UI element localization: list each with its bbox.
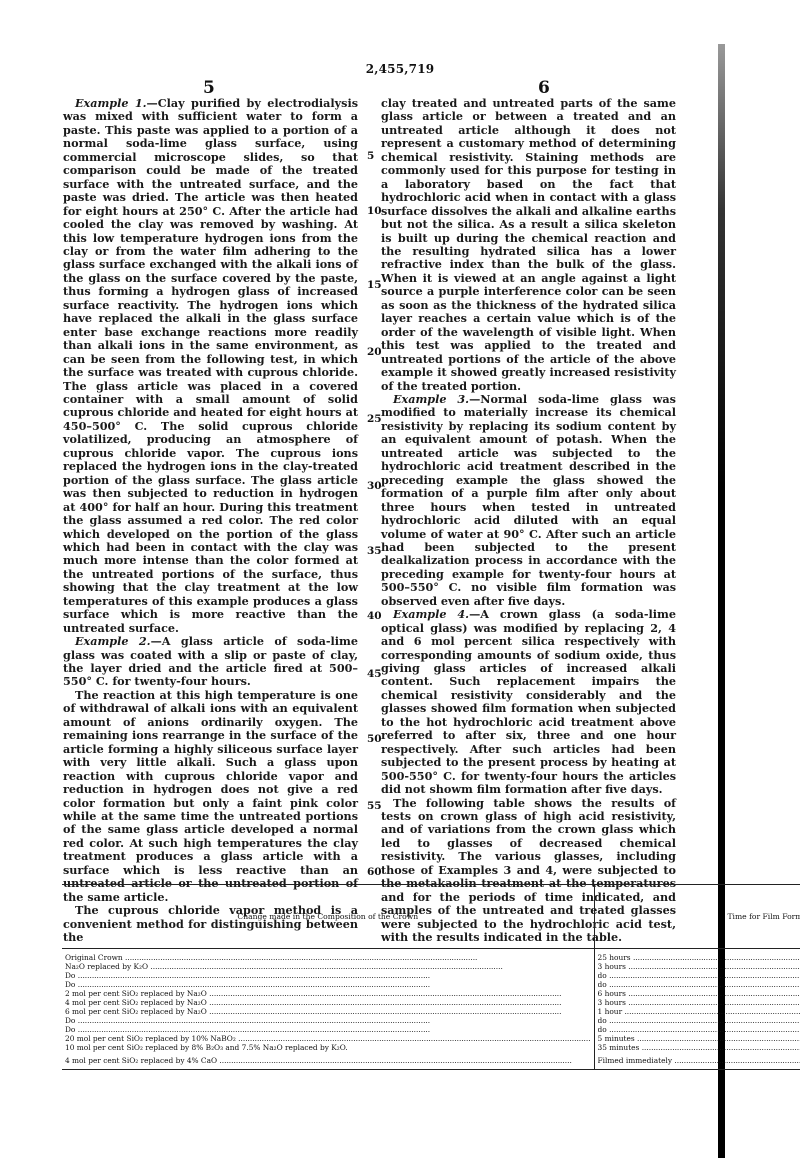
paragraph: Example 1.—Clay purified by electrodialy… xyxy=(63,97,358,635)
table-row: 20 mol per cent SiO₂ replaced by 10% NaB… xyxy=(62,1034,800,1043)
paragraph: The reaction at this high temperature is… xyxy=(63,689,358,904)
paragraph-text: —Clay purified by electrodialysis was mi… xyxy=(63,96,358,635)
cell-composition: Na₂O replaced by K₂O xyxy=(62,962,594,971)
cell-composition: Do xyxy=(62,971,594,980)
cell-untreated-time: 6 hours xyxy=(594,989,800,998)
cell-composition: Original Crown xyxy=(62,949,594,963)
cell-untreated-time: do xyxy=(594,1016,800,1025)
line-number: 45 xyxy=(367,668,382,680)
cell-composition: Do xyxy=(62,980,594,989)
cell-composition: 2 mol per cent SiO₂ replaced by Na₂O xyxy=(62,989,594,998)
line-number: 40 xyxy=(367,610,382,622)
cell-untreated-time-text: 5 minutes xyxy=(598,1034,800,1043)
table-row: Na₂O replaced by K₂O3 hours24500Do. xyxy=(62,962,800,971)
cell-untreated-time: Filmed immediately xyxy=(594,1052,800,1070)
cell-composition-text: 4 mol per cent SiO₂ replaced by 4% CaO xyxy=(65,1056,591,1065)
table-row: 4 mol per cent SiO₂ replaced by 4% CaOFi… xyxy=(62,1052,800,1070)
cell-untreated-time: 1 hour xyxy=(594,1007,800,1016)
line-number: 50 xyxy=(367,733,382,745)
paragraph-text: —Normal soda-lime glass was modified to … xyxy=(381,392,676,608)
cell-untreated-time-text: do xyxy=(598,971,800,980)
cell-untreated-time-text: do xyxy=(598,1016,800,1025)
cell-untreated-time-text: 25 hours xyxy=(598,953,800,962)
line-number: 30 xyxy=(367,480,382,492)
line-number: 35 xyxy=(367,545,382,557)
cell-composition-text: Na₂O replaced by K₂O xyxy=(65,962,591,971)
results-table: Change made in the Composition of the Cr… xyxy=(62,884,800,1070)
line-number: 20 xyxy=(367,346,382,358)
cell-composition: Do xyxy=(62,1016,594,1025)
paragraph-text: clay treated and untreated parts of the … xyxy=(381,96,676,393)
paragraph: Example 4.—A crown glass (a soda-lime op… xyxy=(381,608,676,796)
cell-untreated-time: 25 hours xyxy=(594,949,800,963)
cell-composition: 4 mol per cent SiO₂ replaced by 4% CaO xyxy=(62,1052,594,1070)
table-row: Dodo½400positive after 5 days. xyxy=(62,980,800,989)
cell-composition-text: 2 mol per cent SiO₂ replaced by Na₂O xyxy=(65,989,591,998)
cell-composition: 10 mol per cent SiO₂ replaced by 8% B₂O₃… xyxy=(62,1043,594,1052)
paragraph: Example 2.—A glass article of soda-lime … xyxy=(63,635,358,689)
table-row: Dodo¼500Do. xyxy=(62,971,800,980)
table-row: Dodo½400Do. xyxy=(62,1025,800,1034)
line-number: 60 xyxy=(367,866,382,878)
cell-composition-text: Do xyxy=(65,980,591,989)
cell-composition-text: Original Crown xyxy=(65,953,591,962)
cell-composition-text: 10 mol per cent SiO₂ replaced by 8% B₂O₃… xyxy=(65,1043,348,1052)
paragraph: Example 3.—Normal soda-lime glass was mo… xyxy=(381,393,676,608)
cell-composition-text: 20 mol per cent SiO₂ replaced by 10% NaB… xyxy=(65,1034,591,1043)
example-label: Example 4. xyxy=(393,607,469,621)
cell-composition-text: 6 mol per cent SiO₂ replaced by Na₂O xyxy=(65,1007,591,1016)
cell-untreated-time: do xyxy=(594,980,800,989)
cell-untreated-time: do xyxy=(594,971,800,980)
cell-untreated-time-text: 35 minutes xyxy=(598,1043,800,1052)
line-number: 15 xyxy=(367,279,382,291)
example-label: Example 3. xyxy=(393,392,469,406)
cell-untreated-time-text: do xyxy=(598,1025,800,1034)
table-body: Original Crown25 hours24500negative afte… xyxy=(62,949,800,1070)
example-label: Example 1. xyxy=(75,96,147,110)
cell-composition-text: 4 mol per cent SiO₂ replaced by Na₂O xyxy=(65,998,591,1007)
table-row: Dodo¼500Do. xyxy=(62,1016,800,1025)
line-number: 55 xyxy=(367,800,382,812)
cell-composition: 4 mol per cent SiO₂ replaced by Na₂O xyxy=(62,998,594,1007)
example-label: Example 2. xyxy=(75,634,151,648)
table-row: 10 mol per cent SiO₂ replaced by 8% B₂O₃… xyxy=(62,1043,800,1052)
cell-composition-text: Do xyxy=(65,1016,591,1025)
cell-untreated-time-text: do xyxy=(598,980,800,989)
line-number: 5 xyxy=(367,150,374,162)
line-number: 10 xyxy=(367,205,382,217)
cell-composition-text: Do xyxy=(65,1025,591,1034)
header-untreated: Time for Film Formation of Untreated Gla… xyxy=(594,885,800,949)
cell-untreated-time: 5 minutes xyxy=(594,1034,800,1043)
cell-composition: 6 mol per cent SiO₂ replaced by Na₂O xyxy=(62,1007,594,1016)
column-number-right: 6 xyxy=(538,78,550,98)
cell-untreated-time-text: 3 hours xyxy=(598,998,800,1007)
cell-composition: 20 mol per cent SiO₂ replaced by 10% NaB… xyxy=(62,1034,594,1043)
patent-number: 2,455,719 xyxy=(0,62,800,76)
cell-untreated-time: 35 minutes xyxy=(594,1043,800,1052)
paragraph: clay treated and untreated parts of the … xyxy=(381,97,676,393)
cell-untreated-time-text: 3 hours xyxy=(598,962,800,971)
cell-untreated-time-text: Filmed immediately xyxy=(598,1056,800,1065)
right-text-column: clay treated and untreated parts of the … xyxy=(381,97,676,945)
paragraph-text: —A crown glass (a soda-lime optical glas… xyxy=(381,607,676,796)
left-text-column: Example 1.—Clay purified by electrodialy… xyxy=(63,97,358,945)
column-number-left: 5 xyxy=(203,78,215,98)
header-composition: Change made in the Composition of the Cr… xyxy=(62,885,594,949)
line-number: 25 xyxy=(367,413,382,425)
table-row: 6 mol per cent SiO₂ replaced by Na₂O1 ho… xyxy=(62,1007,800,1016)
cell-untreated-time: 3 hours xyxy=(594,998,800,1007)
table-row: Original Crown25 hours24500negative afte… xyxy=(62,949,800,963)
table-row: 4 mol per cent SiO₂ replaced by Na₂O3 ho… xyxy=(62,998,800,1007)
paragraph-text: The reaction at this high temperature is… xyxy=(63,688,358,904)
cell-composition-text: Do xyxy=(65,971,591,980)
table-row: 2 mol per cent SiO₂ replaced by Na₂O6 ho… xyxy=(62,989,800,998)
cell-untreated-time-text: 1 hour xyxy=(598,1007,800,1016)
cell-untreated-time: 3 hours xyxy=(594,962,800,971)
cell-untreated-time-text: 6 hours xyxy=(598,989,800,998)
cell-composition: Do xyxy=(62,1025,594,1034)
cell-untreated-time: do xyxy=(594,1025,800,1034)
